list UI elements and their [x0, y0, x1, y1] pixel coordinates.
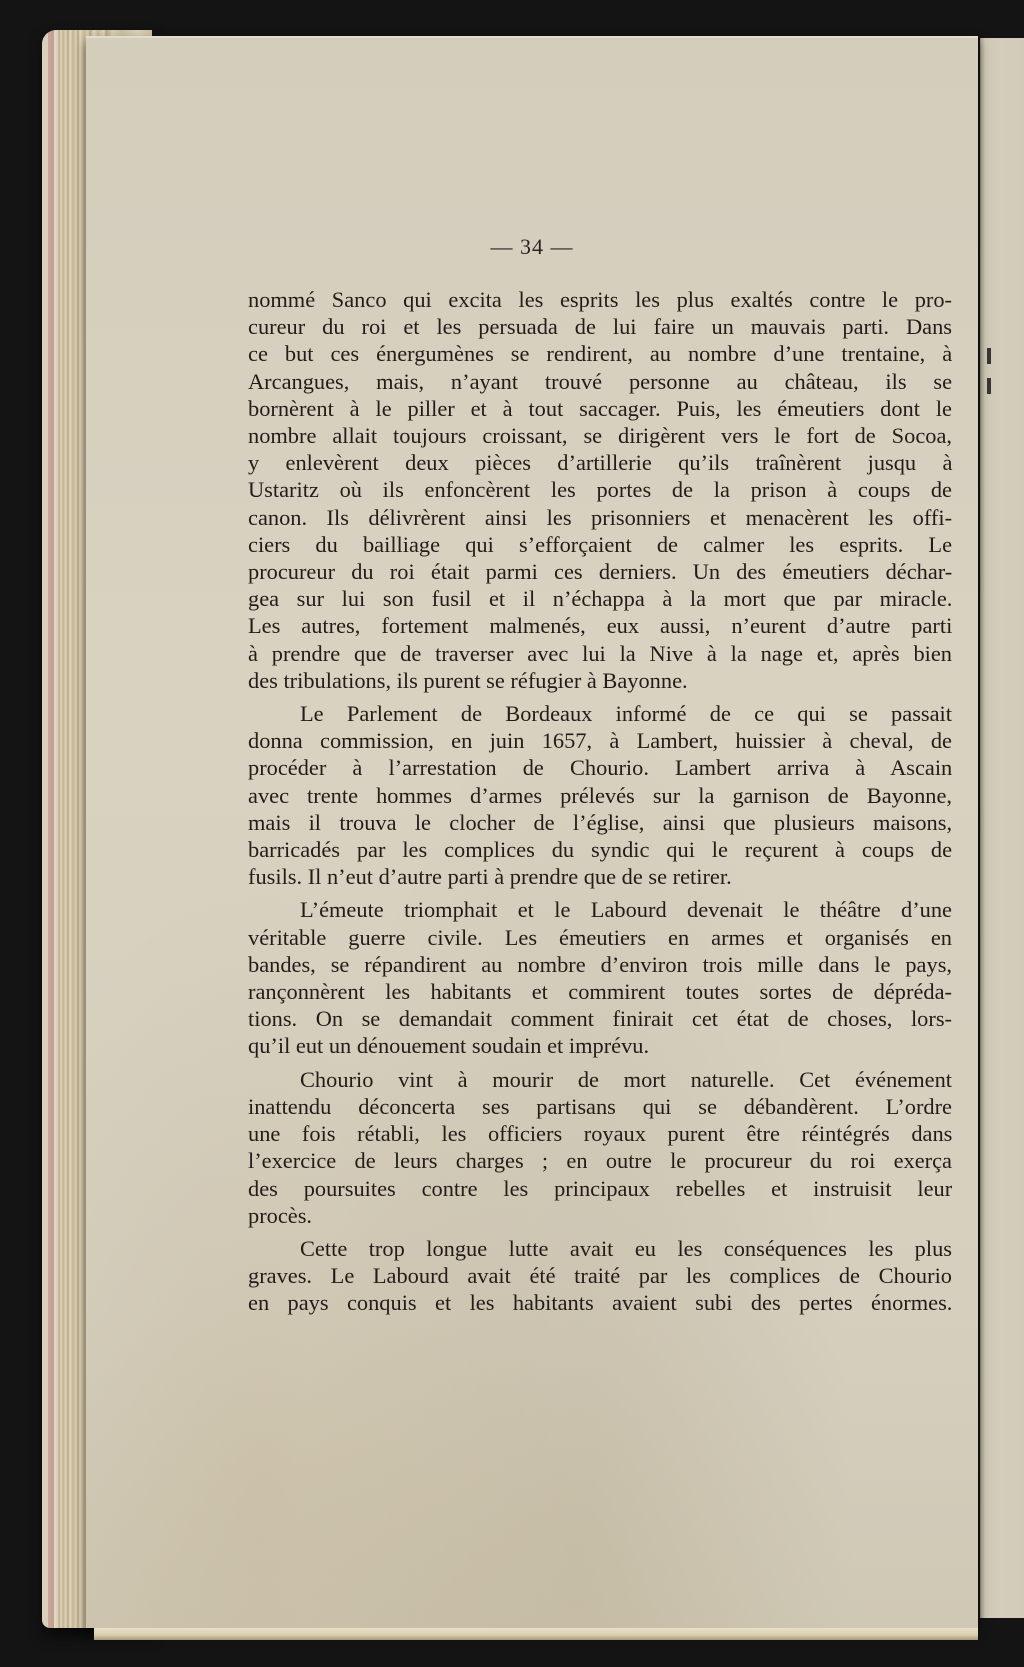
text-line: donna commission, en juin 1657, à Lamber… [248, 727, 952, 754]
paragraph: L’émeute triomphait et le Labourd devena… [248, 896, 952, 1059]
text-line: tions. On se demandait comment finirait … [248, 1005, 952, 1032]
text-line: qu’il eut un dénouement soudain et impré… [248, 1032, 952, 1059]
next-page-text-fragment [987, 348, 991, 364]
text-line: mais il trouva le clocher de l’église, a… [248, 809, 952, 836]
paragraph: Cette trop longue lutte avait eu les con… [248, 1235, 952, 1317]
text-line: des tribulations, ils purent se réfugier… [248, 667, 952, 694]
page-body-text: nommé Sanco qui excita les esprits les p… [248, 286, 952, 1317]
text-line: l’exercice de leurs charges ; en outre l… [248, 1147, 952, 1174]
text-line: en pays conquis et les habitants avaient… [248, 1289, 952, 1316]
paragraph: Le Parlement de Bordeaux informé de ce q… [248, 700, 952, 890]
text-line: procès. [248, 1202, 952, 1229]
text-line: Cette trop longue lutte avait eu les con… [248, 1235, 952, 1262]
text-line: nommé Sanco qui excita les esprits les p… [248, 286, 952, 313]
text-line: une fois rétabli, les officiers royaux p… [248, 1120, 952, 1147]
text-line: Arcangues, mais, n’ayant trouvé personne… [248, 368, 952, 395]
text-line: véritable guerre civile. Les émeutiers e… [248, 924, 952, 951]
text-line: Le Parlement de Bordeaux informé de ce q… [248, 700, 952, 727]
text-line: bornèrent à le piller et à tout saccager… [248, 395, 952, 422]
text-line: gea sur lui son fusil et il n’échappa à … [248, 585, 952, 612]
book-page: — 34 — nommé Sanco qui excita les esprit… [86, 36, 978, 1628]
text-line: procureur du roi était parmi ces dernier… [248, 558, 952, 585]
text-line: ciers du bailliage qui s’efforçaient de … [248, 531, 952, 558]
text-line: ce but ces énergumènes se rendirent, au … [248, 340, 952, 367]
paragraph: Chourio vint à mourir de mort naturelle.… [248, 1066, 952, 1229]
text-line: nombre allait toujours croissant, se dir… [248, 422, 952, 449]
text-line: inattendu déconcerta ses partisans qui s… [248, 1093, 952, 1120]
text-line: fusils. Il n’eut d’autre parti à prendre… [248, 863, 952, 890]
paragraph: nommé Sanco qui excita les esprits les p… [248, 286, 952, 694]
text-line: Les autres, fortement malmenés, eux auss… [248, 612, 952, 639]
text-line: bandes, se répandirent au nombre d’envir… [248, 951, 952, 978]
next-page-text-fragment [987, 378, 991, 394]
text-line: Chourio vint à mourir de mort naturelle.… [248, 1066, 952, 1093]
text-line: Ustaritz où ils enfoncèrent les portes d… [248, 476, 952, 503]
text-line: avec trente hommes d’armes prélevés sur … [248, 782, 952, 809]
text-line: à prendre que de traverser avec lui la N… [248, 640, 952, 667]
text-line: graves. Le Labourd avait été traité par … [248, 1262, 952, 1289]
text-line: procéder à l’arrestation de Chourio. Lam… [248, 754, 952, 781]
text-line: des poursuites contre les principaux reb… [248, 1175, 952, 1202]
text-line: y enlevèrent deux pièces d’artillerie qu… [248, 449, 952, 476]
text-line: barricadés par les complices du syndic q… [248, 836, 952, 863]
text-line: rançonnèrent les habitants et commirent … [248, 978, 952, 1005]
text-line: canon. Ils délivrèrent ainsi les prisonn… [248, 504, 952, 531]
text-line: cureur du roi et les persuada de lui fai… [248, 313, 952, 340]
next-page-edge [980, 38, 1024, 1618]
page-number: — 34 — [86, 234, 978, 260]
text-line: L’émeute triomphait et le Labourd devena… [248, 896, 952, 923]
